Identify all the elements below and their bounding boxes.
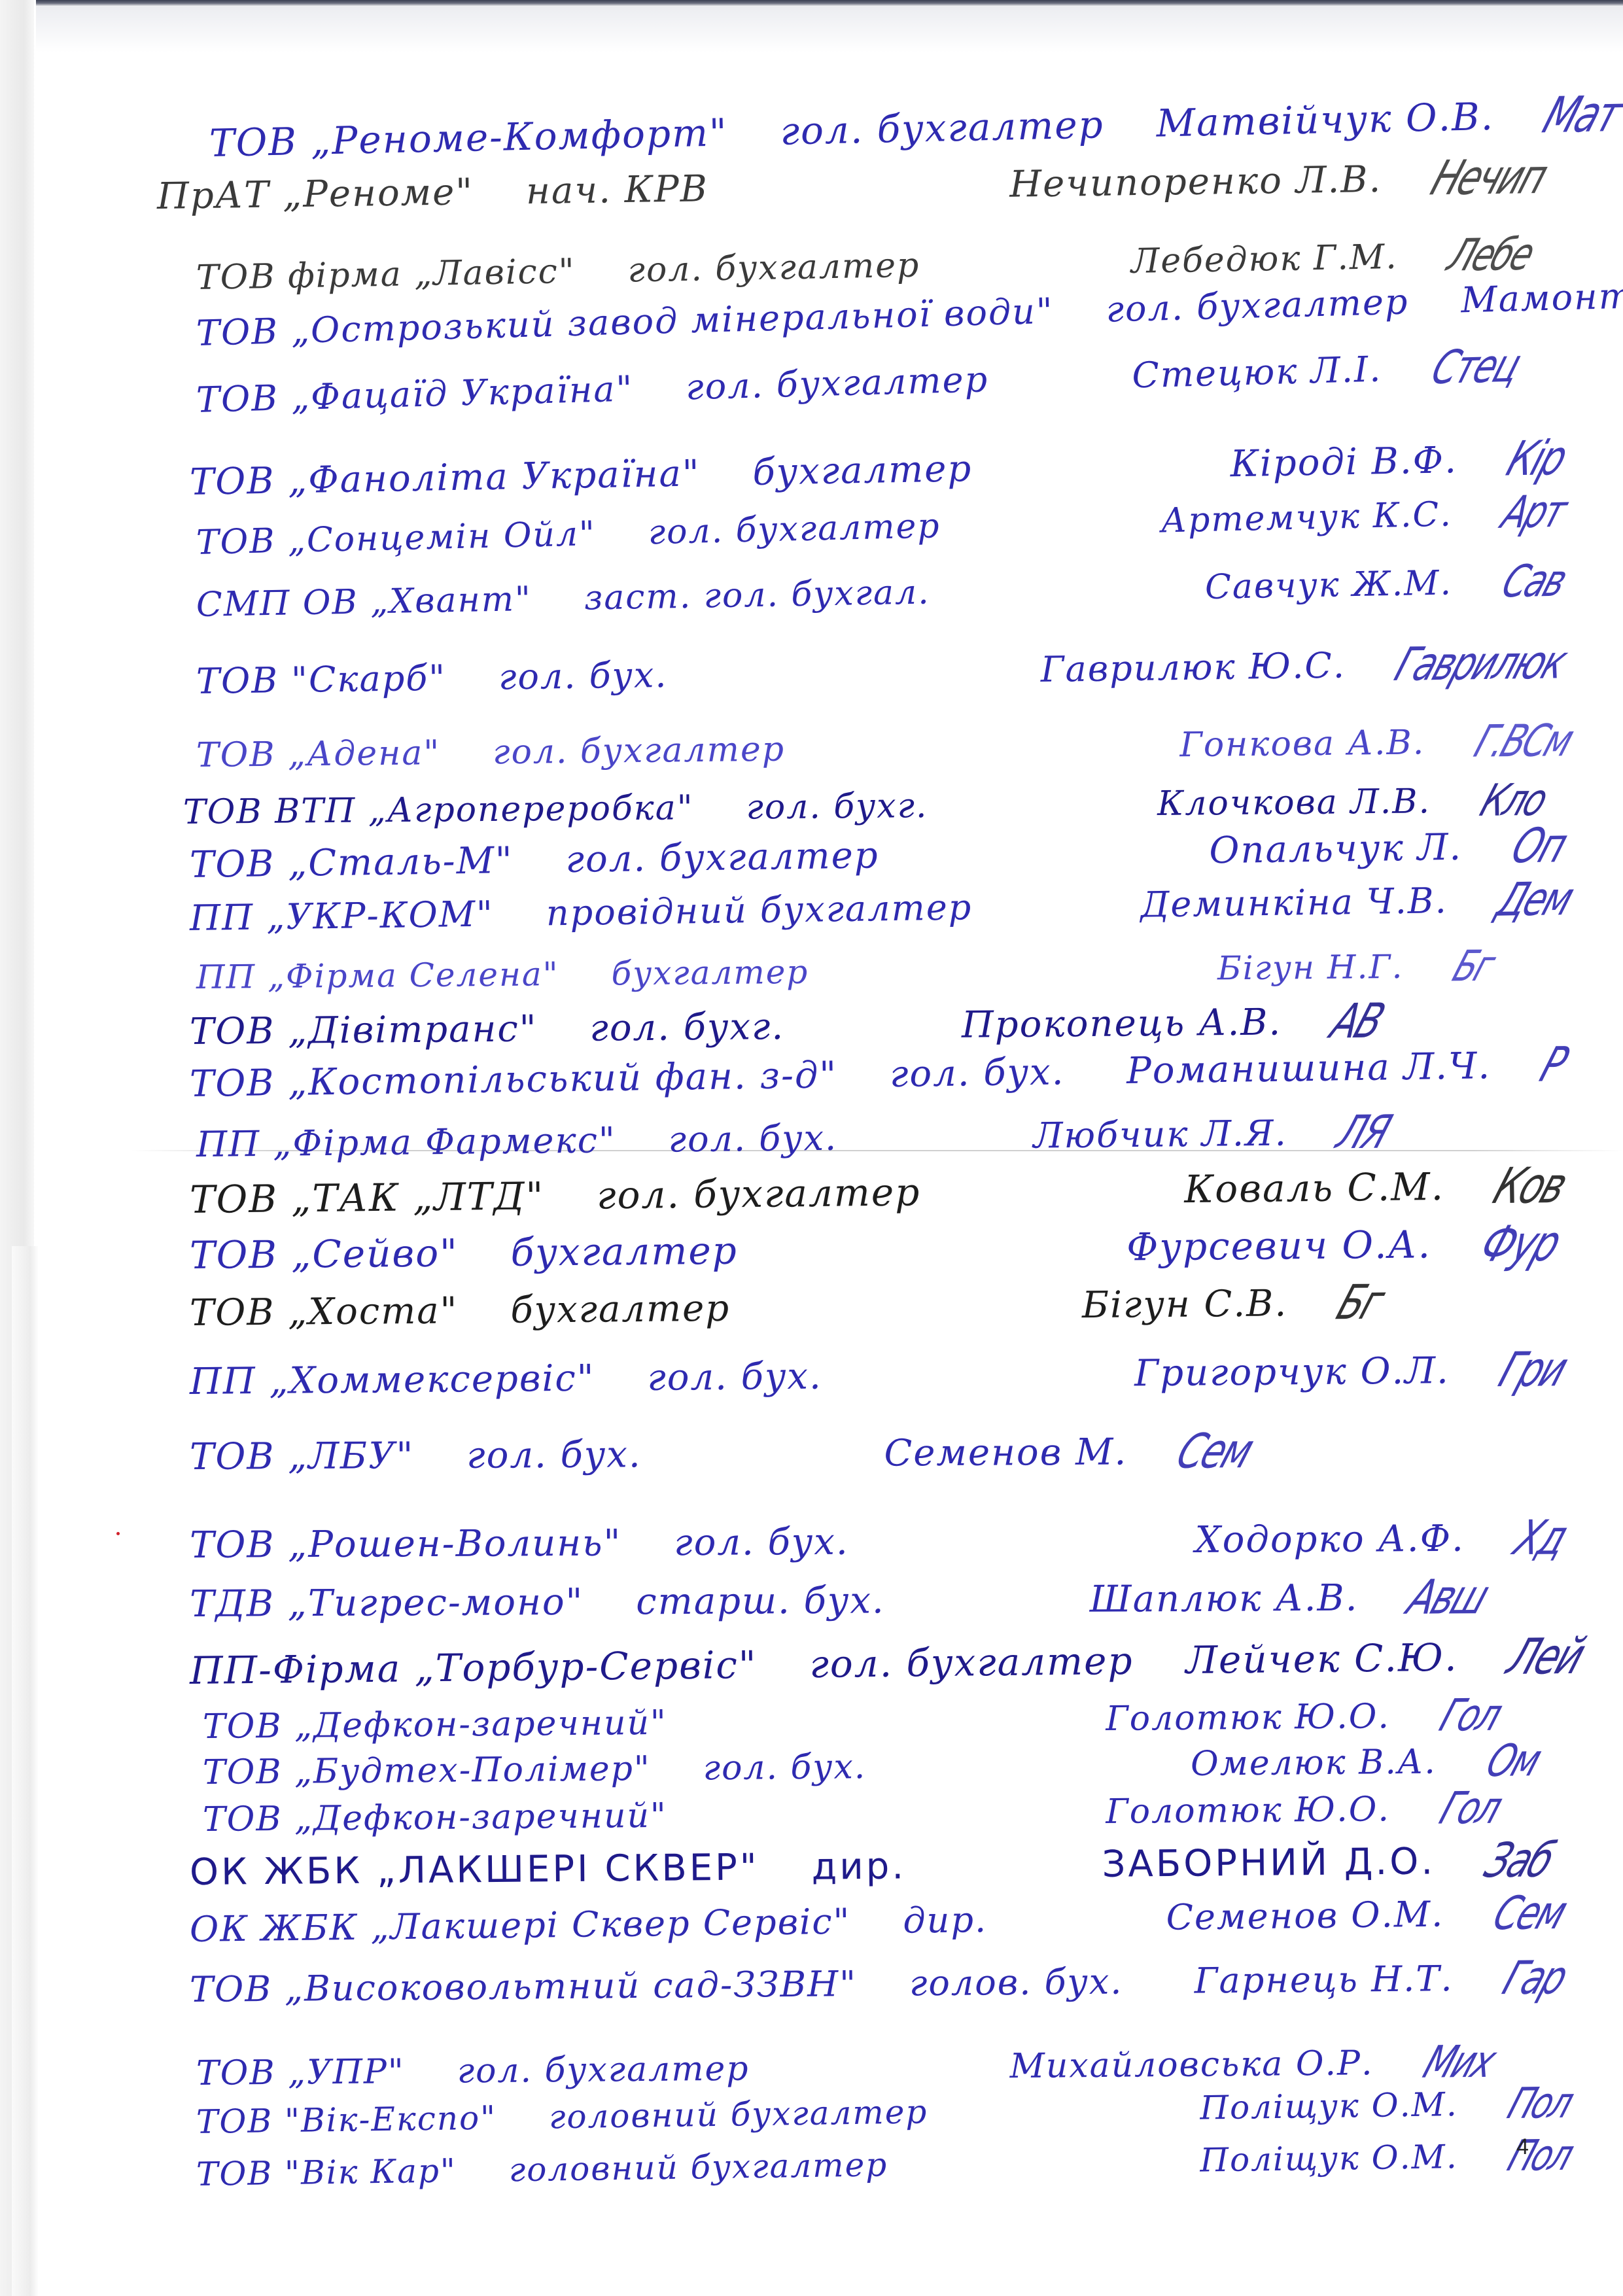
organization-name: ТОВ „Дівітранс"	[190, 1007, 538, 1053]
signature-entry: ТОВ „Дефкон-заречний"Голотюк Ю.О.Гол	[203, 1696, 1550, 1747]
person-name: Прокопець А.В.	[962, 1001, 1282, 1046]
person-name: Коваль С.М.	[1184, 1164, 1444, 1211]
organization-name: ПрАТ „Реноме"	[157, 171, 474, 218]
signature-scribble: Мих	[1417, 2037, 1501, 2089]
organization-name: СМП ОВ „Хвант"	[196, 580, 532, 625]
person-name: ЗАБОРНИЙ Д.О.	[1102, 1840, 1435, 1885]
person-name: Голотюк Ю.О.	[1106, 1697, 1390, 1739]
signature-scribble: Бг	[1330, 1275, 1390, 1331]
organization-name: ТОВ „Сталь-М"	[190, 839, 514, 886]
position-title: гол. бухгалтер	[809, 1639, 1134, 1686]
signature-scribble: АВ	[1324, 994, 1390, 1049]
person-name: Деминкіна Ч.В.	[1140, 880, 1448, 926]
organization-name: ТОВ „Фацаїд Україна"	[196, 368, 634, 421]
person-name: Романишина Л.Ч.	[1126, 1045, 1492, 1092]
position-title: бухгалтер	[510, 1287, 730, 1332]
signature-entry: ТОВ „Хоста"бухгалтерБігун С.В.Бг	[190, 1281, 1433, 1334]
signature-entry: ТОВ „Дефкон-заречний"Голотюк Ю.О.Гол	[203, 1788, 1550, 1839]
signature-scribble: Заб	[1478, 1833, 1560, 1889]
person-name: Семенов М.	[884, 1431, 1127, 1474]
organization-name: ТОВ "Скарб"	[196, 657, 447, 702]
signature-scribble: Ков	[1486, 1157, 1573, 1215]
person-name: Лебедюк Г.М.	[1130, 237, 1398, 281]
person-name: Михайловська О.Р.	[1009, 2044, 1373, 2086]
signature-entry: ТОВ „Дівітранс"гол. бухг.Прокопець А.В.А…	[190, 1000, 1433, 1053]
signature-scribble: Гар	[1496, 1951, 1573, 2005]
person-name: Гарнець Н.Т.	[1194, 1958, 1453, 2001]
signature-scribble: Мат	[1537, 84, 1623, 144]
signature-scribble: Оп	[1505, 818, 1573, 875]
signature-scribble: Сав	[1495, 555, 1572, 608]
organization-name: ТОВ ВТП „Агропереробка"	[183, 788, 694, 832]
organization-name: ПП „Фірма Фармекс"	[196, 1119, 616, 1165]
organization-name: ТОВ "Вік-Експо"	[196, 2099, 497, 2141]
signature-entry: ПП-Фірма „Торбур-Сервіс"гол. бухгалтерЛе…	[190, 1633, 1616, 1693]
position-title: старш. бух.	[636, 1579, 885, 1623]
person-name: Гаврилюк Ю.С.	[1040, 644, 1346, 690]
signature-entry: ТОВ „Будтех-Полімер"гол. бух.Омелюк В.А.…	[203, 1741, 1590, 1792]
signature-scribble: Гри	[1492, 1342, 1573, 1399]
position-title: гол. бухгалтер	[627, 246, 920, 290]
signature-entry: ТОВ „Високовольтний сад-ЗЗВН"голов. бух.…	[190, 1957, 1616, 2010]
position-title: гол. бухг.	[746, 786, 928, 827]
position-title: гол. бухгалтер	[597, 1170, 921, 1217]
position-title: гол. бухгалтер	[780, 102, 1104, 153]
signature-scribble: Сем	[1170, 1424, 1259, 1480]
signature-entry: ТОВ „УПР"гол. бухгалтерМихайловська О.Р.…	[196, 2042, 1544, 2093]
scan-edge-top	[36, 0, 1623, 7]
position-title: гол. бухгалтер	[565, 834, 879, 881]
position-title: гол. бухгалтер	[457, 2049, 750, 2091]
organization-name: ТОВ „Сонцемін Ойл"	[196, 514, 596, 563]
signature-scribble: Гол	[1433, 1690, 1507, 1742]
organization-name: ПП „Хоммексервіс"	[190, 1357, 595, 1403]
position-title: нач. КРВ	[526, 167, 709, 213]
position-title: гол. бух.	[466, 1433, 642, 1476]
organization-name: ОК ЖБК „Лакшері Сквер Сервіс"	[190, 1901, 851, 1950]
position-title: бухгалтер	[611, 953, 809, 993]
organization-name: ТОВ „Високовольтний сад-ЗЗВН"	[190, 1963, 858, 2010]
signature-scribble: Фур	[1473, 1214, 1567, 1273]
position-title: голов. бух.	[909, 1961, 1123, 2004]
organization-name: ПП-Фірма „Торбур-Сервіс"	[190, 1643, 758, 1693]
signature-scribble: Нечип	[1424, 149, 1553, 206]
signature-entry: ПП „Хоммексервіс"гол. бух.Григорчук О.Л.…	[190, 1348, 1616, 1403]
signature-entry: ТОВ „Адена"гол. бухгалтерГонкова А.В.Г.В…	[196, 721, 1623, 775]
person-name: Семенов О.М.	[1166, 1894, 1444, 1938]
signature-scribble: Р	[1533, 1037, 1573, 1093]
person-name: Фурсевич О.А.	[1126, 1222, 1431, 1269]
signature-entry: ПП „Фірма Фармекс"гол. бух.Любчик Л.Я.ЛЯ	[196, 1111, 1440, 1165]
signature-entry: ТДВ „Тигрес-моно"старш. бух.Шаплюк А.В.А…	[190, 1576, 1537, 1626]
signature-scribble: Сем	[1487, 1886, 1573, 1941]
organization-name: ТОВ „ТАК „ЛТД"	[190, 1174, 545, 1222]
position-title: провідний бухгалтер	[546, 886, 972, 933]
signature-entry: ТОВ "Вік Кар"головний бухгалтерПоліщук О…	[196, 2136, 1623, 2193]
signature-entry: ТОВ „Сонцемін Ойл"гол. бухгалтерАртемчук…	[196, 491, 1616, 563]
person-name: Бігун Н.Г.	[1217, 948, 1404, 987]
position-title: гол. бухгалтер	[685, 358, 988, 408]
person-name: Поліщук О.М.	[1200, 2138, 1458, 2179]
signature-entry: ТОВ „Костопільський фан. з-д"гол. бух.Ро…	[190, 1043, 1616, 1105]
position-title: головний бухгалтер	[509, 2146, 888, 2189]
signature-scribble: Гол	[1433, 1783, 1507, 1835]
position-title: гол. бух.	[668, 1117, 837, 1160]
organization-name: ТОВ „Дефкон-заречний"	[203, 1796, 667, 1839]
organization-name: ТОВ „Сейво"	[190, 1230, 459, 1278]
position-title: заст. гол. бухгал.	[584, 572, 930, 617]
organization-name: ПП „УКР-КОМ"	[190, 894, 495, 939]
person-name: Клочкова Л.В.	[1157, 782, 1431, 824]
signature-entry: ТОВ „Реноме-Комфорт"гол. бухгалтерМатвій…	[209, 92, 1609, 165]
person-name: Кіроді В.Ф.	[1230, 439, 1457, 485]
organization-name: ТОВ „Фаноліта Україна"	[189, 452, 701, 504]
organization-name: ТОВ „Дефкон-заречний"	[203, 1703, 667, 1747]
signature-scribble: Г.ВСм	[1468, 716, 1579, 768]
signature-entry: ОК ЖБК „ЛАКШЕРІ СКВЕР"дир.ЗАБОРНИЙ Д.О.З…	[190, 1839, 1603, 1894]
person-name: Матвійчук О.В.	[1156, 94, 1495, 146]
signature-entry: ПП „Фірма Селена"бухгалтерБігун Н.Г.Бг	[196, 947, 1544, 996]
signature-entry: ТОВ "Скарб"гол. бух.Гаврилюк Ю.С.Гаврилю…	[196, 641, 1616, 702]
signature-scribble: ЛЯ	[1330, 1105, 1396, 1159]
position-title: гол. бух.	[674, 1521, 849, 1564]
signature-scribble: Бг	[1447, 941, 1500, 991]
person-name: Лейчек С.Ю.	[1185, 1635, 1458, 1682]
signature-scribble: Ом	[1480, 1735, 1546, 1787]
signature-entry: ПрАТ „Реноме"нач. КРВНечипоренко Л.В.Неч…	[157, 155, 1597, 218]
signature-entry: СМП ОВ „Хвант"заст. гол. бухгал.Савчук Ж…	[196, 561, 1616, 625]
signature-entry: ТОВ „Фацаїд Україна"гол. бухгалтерСтецюк…	[196, 343, 1570, 421]
position-title: бухгалтер	[510, 1228, 738, 1275]
position-title: гол. бухгалтер	[648, 506, 941, 552]
organization-name: ТОВ "Вік Кар"	[196, 2151, 457, 2193]
organization-name: ПП „Фірма Селена"	[196, 955, 559, 996]
position-title: гол. бух.	[890, 1051, 1065, 1096]
signature-entry: ТОВ „ТАК „ЛТД"гол. бухгалтерКоваль С.М.К…	[190, 1162, 1616, 1222]
position-title: дир.	[811, 1845, 906, 1888]
signature-scribble: Кір	[1500, 430, 1573, 487]
signature-scribble: Лебе	[1441, 229, 1539, 282]
position-title: гол. бухг.	[589, 1005, 784, 1050]
signature-scribble: Лей	[1500, 1627, 1591, 1686]
organization-name: ТОВ „Хоста"	[190, 1289, 459, 1334]
person-name: Омелюк В.А.	[1191, 1743, 1437, 1784]
signature-entry: ОК ЖБК „Лакшері Сквер Сервіс"дир.Семенов…	[190, 1891, 1616, 1950]
person-name: Ходорко А.Ф.	[1195, 1518, 1465, 1561]
person-name: Гонкова А.В.	[1179, 723, 1425, 765]
person-name: Поліщук О.М.	[1200, 2085, 1458, 2127]
organization-name: ТОВ фірма „Лавісс"	[196, 252, 576, 298]
position-title: гол. бух.	[498, 654, 668, 698]
signature-scribble: Авш	[1401, 1570, 1495, 1626]
signature-scribble: Пол	[1501, 2078, 1579, 2129]
organization-name: ОК ЖБК „ЛАКШЕРІ СКВЕР"	[190, 1846, 759, 1894]
signature-scribble: Гаврилюк	[1389, 635, 1573, 691]
red-mark	[116, 1532, 120, 1535]
organization-name: ТОВ „Будтех-Полімер"	[203, 1749, 651, 1792]
signature-scribble: Хд	[1507, 1510, 1573, 1566]
signature-entry: ТОВ ВТП „Агропереробка"гол. бухг.Клочков…	[183, 780, 1596, 832]
person-name: Бігун С.В.	[1082, 1282, 1288, 1327]
organization-name: ТОВ „Костопільський фан. з-д"	[190, 1054, 838, 1105]
organization-name: ТОВ „Рошен-Волинь"	[190, 1522, 622, 1567]
signature-entry: ТОВ "Вік-Експо"головний бухгалтерПоліщук…	[196, 2083, 1623, 2141]
scan-margin-left-lower	[12, 1246, 38, 2296]
person-name: Шаплюк А.В.	[1090, 1577, 1359, 1621]
signature-scribble: Дем	[1490, 872, 1579, 927]
page-number: 4	[1516, 2134, 1529, 2160]
person-name: Голотюк Ю.О.	[1106, 1790, 1390, 1832]
signature-entry: ТОВ „Рошен-Волинь"гол. бух.Ходорко А.Ф.Х…	[190, 1517, 1616, 1567]
person-name: Опальчук Л.	[1209, 826, 1462, 872]
organization-name: ТОВ „ЛБУ"	[190, 1435, 415, 1478]
signature-entry: ТОВ „Сталь-М"гол. бухгалтерОпальчук Л.Оп	[190, 824, 1616, 886]
organization-name: ТОВ „Реноме-Комфорт"	[209, 110, 728, 165]
person-name: Нечипоренко Л.В.	[1009, 158, 1382, 206]
signature-scribble: Стец	[1425, 338, 1526, 394]
position-title: гол. бух.	[647, 1355, 822, 1399]
person-name: Артемчук К.С.	[1161, 495, 1452, 540]
position-title: головний бухгалтер	[549, 2093, 928, 2136]
signature-entry: ПП „УКР-КОМ"провідний бухгалтерДеминкіна…	[190, 877, 1623, 939]
signature-entry: ТОВ „Фаноліта Україна"бухгалтерКіроді В.…	[189, 436, 1616, 504]
person-name: Любчик Л.Я.	[1033, 1113, 1287, 1157]
position-title: бухгалтер	[752, 447, 973, 494]
position-title: гол. бухгалтер	[1106, 281, 1409, 330]
organization-name: ТОВ „Острозький завод мінеральної води"	[196, 290, 1054, 354]
position-title: гол. бух.	[703, 1747, 867, 1788]
signature-scribble: Арт	[1495, 486, 1571, 539]
organization-name: ТОВ „УПР"	[196, 2052, 405, 2093]
person-name: Савчук Ж.М.	[1205, 563, 1453, 607]
scan-shadow-top	[36, 7, 1623, 52]
signature-entry: ТОВ „ЛБУ"гол. бух.Семенов М.Сем	[190, 1430, 1302, 1478]
person-name: Григорчук О.Л.	[1134, 1349, 1450, 1395]
position-title: гол. бухгалтер	[493, 730, 785, 773]
signature-entry: ТОВ „Сейво"бухгалтерФурсевич О.А.Фур	[190, 1221, 1610, 1278]
person-name: Стецюк Л.І.	[1132, 349, 1382, 396]
organization-name: ТДВ „Тигрес-моно"	[190, 1581, 584, 1626]
organization-name: ТОВ „Адена"	[196, 733, 441, 775]
position-title: дир.	[903, 1899, 988, 1941]
signature-scribble: Пол	[1501, 2131, 1579, 2181]
